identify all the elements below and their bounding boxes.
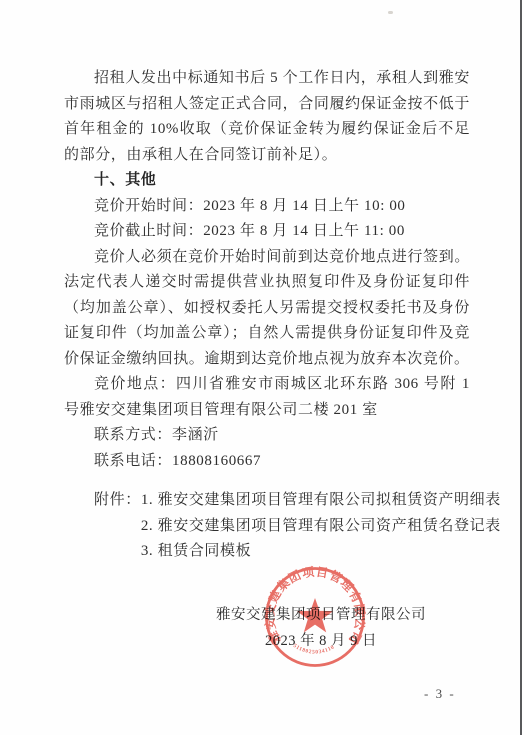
- attachment-item-3: 3. 租赁合同模板: [141, 539, 501, 565]
- page-number: - 3 -: [424, 686, 456, 702]
- paragraph-bid-location: 竞价地点：四川省雅安市雨城区北环东路 306 号附 1 号雅安交建集团项目管理有…: [64, 372, 470, 423]
- paragraph-contract-terms: 招租人发出中标通知书后 5 个工作日内，承租人到雅安市雨城区与招租人签定正式合同…: [64, 66, 470, 168]
- scan-artifact-dot: [388, 11, 393, 14]
- paragraph-contact-phone: 联系电话：18808160667: [64, 449, 470, 475]
- seal-serial-number: 5118025034110: [292, 643, 336, 656]
- attachments-label: 附件：: [94, 488, 141, 514]
- attachments-block: 附件： 1. 雅安交建集团项目管理有限公司拟租赁资产明细表 2. 雅安交建集团项…: [64, 488, 470, 565]
- paragraph-signin-requirements: 竞价人必须在竞价开始时间前到达竞价地点进行签到。法定代表人递交时需提供营业执照复…: [64, 245, 470, 373]
- attachment-item-2: 2. 雅安交建集团项目管理有限公司资产租赁名登记表: [141, 514, 501, 540]
- attachment-item-1: 1. 雅安交建集团项目管理有限公司拟租赁资产明细表: [141, 488, 501, 514]
- svg-text:5118025034110: 5118025034110: [292, 643, 336, 656]
- seal-star-icon: [297, 598, 333, 632]
- document-page: 招租人发出中标通知书后 5 个工作日内，承租人到雅安市雨城区与招租人签定正式合同…: [0, 0, 524, 735]
- scan-edge-line: [520, 0, 522, 735]
- company-seal-stamp: 雅安交建集团项目管理有限公司 5118025034110: [263, 565, 367, 669]
- paragraph-bid-start-time: 竞价开始时间：2023 年 8 月 14 日上午 10: 00: [64, 194, 470, 220]
- paragraph-contact-name: 联系方式：李涵沂: [64, 423, 470, 449]
- document-body: 招租人发出中标通知书后 5 个工作日内，承租人到雅安市雨城区与招租人签定正式合同…: [64, 66, 470, 565]
- attachments-list: 1. 雅安交建集团项目管理有限公司拟租赁资产明细表 2. 雅安交建集团项目管理有…: [141, 488, 501, 565]
- section-heading-other: 十、其他: [64, 168, 470, 194]
- paragraph-bid-deadline: 竞价截止时间：2023 年 8 月 14 日上午 11: 00: [64, 219, 470, 245]
